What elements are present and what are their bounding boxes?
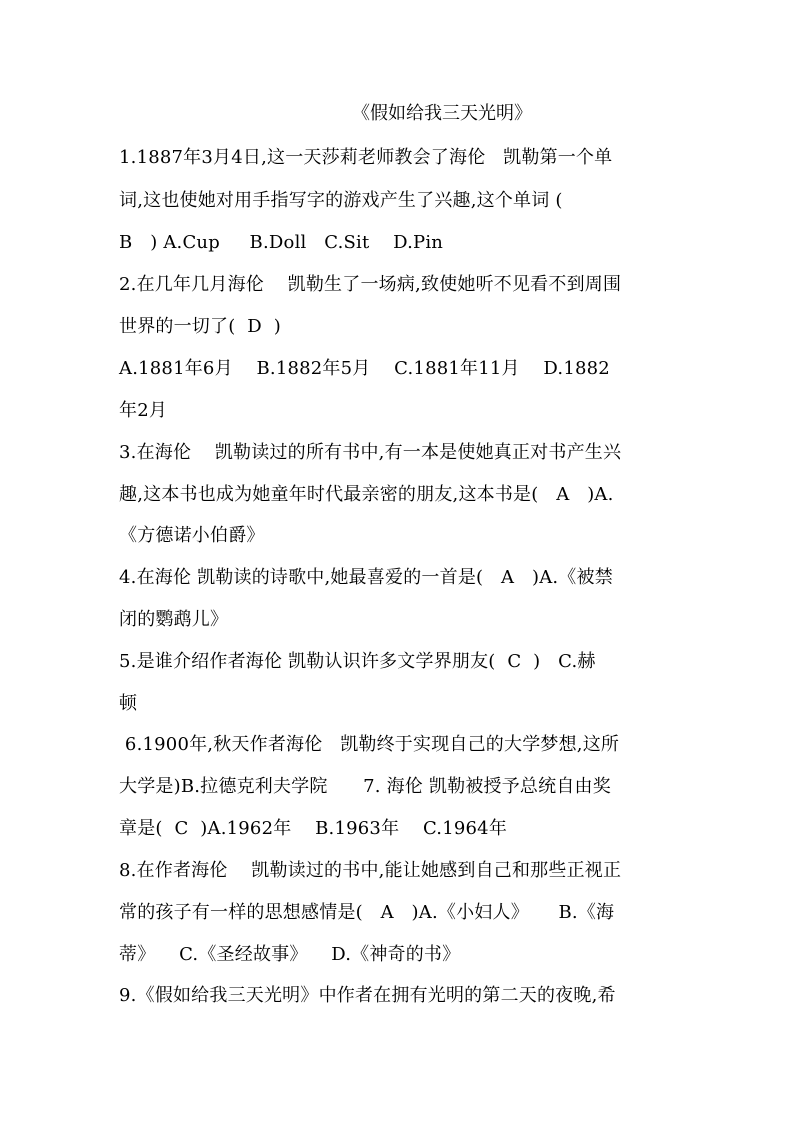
question-3-line-2: 趣,这本书也成为她童年时代最亲密的朋友,这本书是( A )A.	[119, 483, 614, 507]
question-8-line-1: 8.在作者海伦 凯勒读过的书中,能让她感到自己和那些正视正	[119, 859, 621, 883]
document-title: 《假如给我三天光明》	[0, 102, 794, 126]
question-2-options: A.1881年6月 B.1882年5月 C.1881年11月 D.1882	[119, 357, 610, 381]
document-page: 《假如给我三天光明》 1.1887年3月4日,这一天莎莉老师教会了海伦 凯勒第一…	[0, 0, 794, 1123]
question-1-line-1: 1.1887年3月4日,这一天莎莉老师教会了海伦 凯勒第一个单	[119, 146, 612, 170]
question-5-answer: 顿	[119, 692, 137, 716]
question-1-options: B ) A.Cup B.Doll C.Sit D.Pin	[119, 231, 443, 255]
question-2-options-cont: 年2月	[119, 399, 167, 423]
question-3-answer: 《方德诺小伯爵》	[119, 524, 265, 548]
question-1-line-2: 词,这也使她对用手指写字的游戏产生了兴趣,这个单词 (	[119, 189, 563, 213]
question-3-line-1: 3.在海伦 凯勒读过的所有书中,有一本是使她真正对书产生兴	[119, 441, 621, 465]
question-2-line-2: 世界的一切了( D )	[119, 315, 281, 339]
question-6-line-1: 6.1900年,秋天作者海伦 凯勒终于实现自己的大学梦想,这所	[119, 733, 619, 757]
question-6-7-line: 大学是)B.拉德克利夫学院 7. 海伦 凯勒被授予总统自由奖	[119, 775, 611, 799]
question-4-line-1: 4.在海伦 凯勒读的诗歌中,她最喜爱的一首是( A )A.《被禁	[119, 566, 613, 590]
question-2-line-1: 2.在几年几月海伦 凯勒生了一场病,致使她听不见看不到周围	[119, 273, 621, 297]
question-8-line-2: 常的孩子有一样的思想感情是( A )A.《小妇人》 B.《海	[119, 901, 614, 925]
question-9-line-1: 9.《假如给我三天光明》中作者在拥有光明的第二天的夜晚,希	[119, 984, 616, 1008]
question-7-options: 章是( C )A.1962年 B.1963年 C.1964年	[119, 817, 507, 841]
question-5-line-1: 5.是谁介绍作者海伦 凯勒认识许多文学界朋友( C ) C.赫	[119, 650, 596, 674]
question-8-options: 蒂》 C.《圣经故事》 D.《神奇的书》	[119, 943, 460, 967]
question-4-answer: 闭的鹦鹉儿》	[119, 608, 228, 632]
